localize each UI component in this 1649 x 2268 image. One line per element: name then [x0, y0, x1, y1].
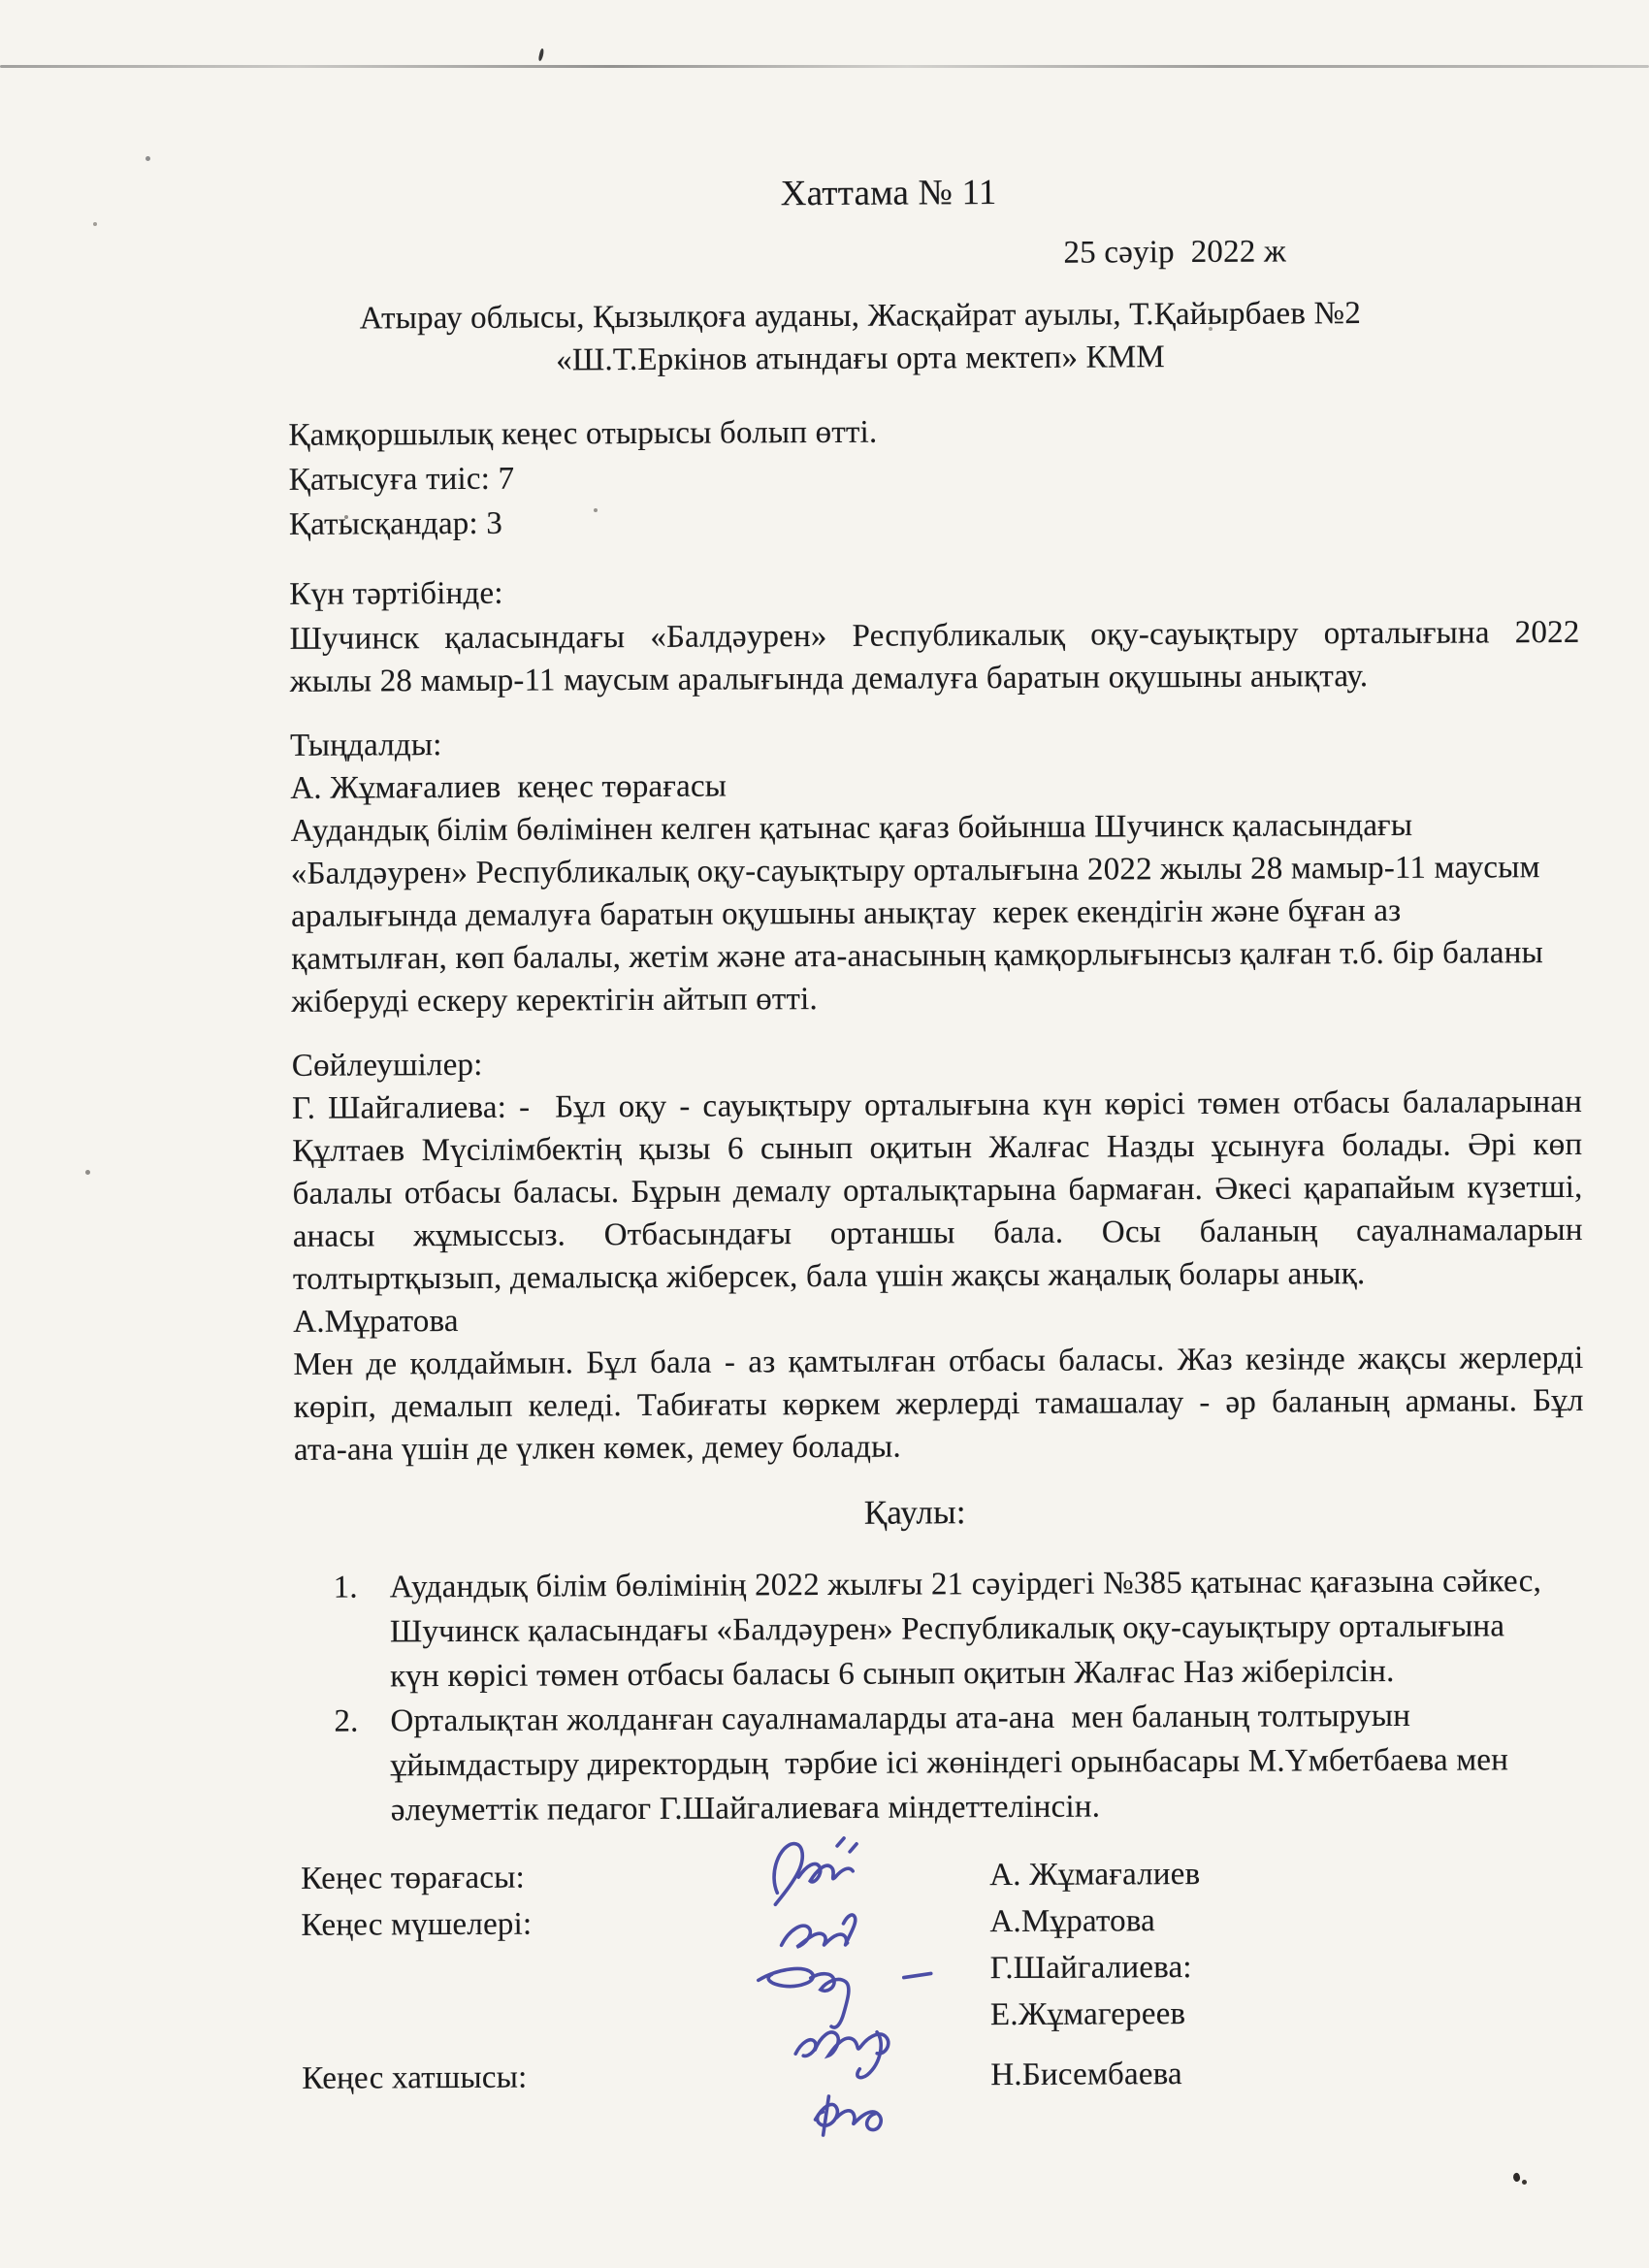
heard-text-line: «Балдәурен» Республикалық оқу-сауықтыру …	[291, 846, 1581, 895]
signature-member-2	[759, 1968, 931, 2028]
agenda-heading: Күн тәртібінде:	[289, 567, 1579, 616]
speech1-line: Құлтаев Мүсілімбектің қызы 6 сынып оқиты…	[292, 1123, 1582, 1173]
member-name: А.Мұратова	[989, 1898, 1474, 1944]
chair-name: А. Жұмағалиев	[989, 1852, 1474, 1897]
scanned-protocol-page: Хаттама № 11 25 сәуір 2022 ж Атырау облы…	[0, 0, 1649, 2268]
signature-secretary	[815, 2096, 881, 2135]
signature-member-1	[781, 1915, 855, 1947]
expected-count-line: Қатысуға тиіс: 7	[289, 452, 1579, 502]
decision-item-line: күн көрісі төмен отбасы баласы 6 сынып о…	[390, 1649, 1583, 1698]
secretary-name: Н.Бисембаева	[990, 2052, 1475, 2097]
org-location-line: Атырау облысы, Қызылқоға ауданы, Жасқайр…	[143, 291, 1578, 341]
heard-heading: Тыңдалды:	[290, 718, 1580, 767]
member-name: Е.Жұмагереев	[990, 1992, 1475, 2037]
speech2-line: ата-ана үшін де үлкен көмек, демеу болад…	[294, 1422, 1584, 1472]
decision-heading: Қаулы:	[197, 1488, 1633, 1539]
attended-count-line: Қатысқандар: 3	[289, 497, 1579, 546]
agenda-text-line: жылы 28 мамыр-11 маусым аралығында демал…	[290, 654, 1580, 703]
heard-text-line: жіберуді ескеру керектігін айтып өтті.	[291, 974, 1581, 1023]
list-item-number: 2.	[334, 1700, 382, 1742]
speech1-line: балалы отбасы баласы. Бұрын демалу ортал…	[292, 1166, 1582, 1215]
decision-item-line: ұйымдастыру директордың тәрбие ісі жөнін…	[391, 1738, 1584, 1787]
member-name: Г.Шайгалиева:	[990, 1945, 1475, 1991]
speaker2-name: А.Мұратова	[293, 1294, 1583, 1344]
handwritten-signatures	[713, 1798, 1045, 2247]
decision-item-line: Орталықтан жолданған сауалнамаларды ата-…	[390, 1694, 1583, 1742]
speech1-line: Г. Шайгалиева: - Бұл оқу - сауықтыру орт…	[292, 1081, 1582, 1130]
heard-text-line: Аудандық білім бөлімінен келген қатынас …	[290, 803, 1580, 853]
speakers-heading: Сөйлеушілер:	[292, 1038, 1582, 1087]
intro-line: Қамқоршылық кеңес отырысы болып өтті.	[288, 407, 1578, 457]
org-name-line: «Ш.Т.Еркінов атындағы орта мектеп» КММ	[143, 334, 1578, 384]
speech2-line: Мен де қолдаймын. Бұл бала - аз қамтылға…	[293, 1337, 1583, 1386]
heard-text-line: аралығында демалуға баратын оқушыны анық…	[291, 889, 1581, 938]
agenda-text-line: Шучинск қаласындағы «Балдәурен» Республи…	[289, 611, 1579, 661]
list-item-number: 1.	[334, 1566, 382, 1608]
speech1-line: анасы жұмыссыз. Отбасындағы ортаншы бала…	[293, 1209, 1583, 1258]
heard-text-line: қамтылған, көп балалы, жетім және ата-ан…	[291, 931, 1581, 981]
decision-item-line: Шучинск қаласындағы «Балдәурен» Республи…	[390, 1604, 1583, 1653]
signature-chair	[774, 1838, 857, 1904]
speech1-line: толтыртқызып, демалысқа жіберсек, бала ү…	[293, 1251, 1583, 1301]
document-date: 25 сәуір 2022 ж	[1063, 229, 1480, 274]
document-content: Хаттама № 11 25 сәуір 2022 ж Атырау облы…	[0, 0, 1649, 2268]
signature-member-3	[795, 2032, 889, 2078]
heard-speaker-line: А. Жұмағалиев кеңес төрағасы	[290, 761, 1580, 810]
document-title: Хаттама № 11	[171, 169, 1606, 219]
decision-item-line: Аудандық білім бөлімінің 2022 жылғы 21 с…	[390, 1560, 1583, 1608]
speech2-line: көріп, демалып келеді. Табиғаты көркем ж…	[294, 1379, 1584, 1429]
